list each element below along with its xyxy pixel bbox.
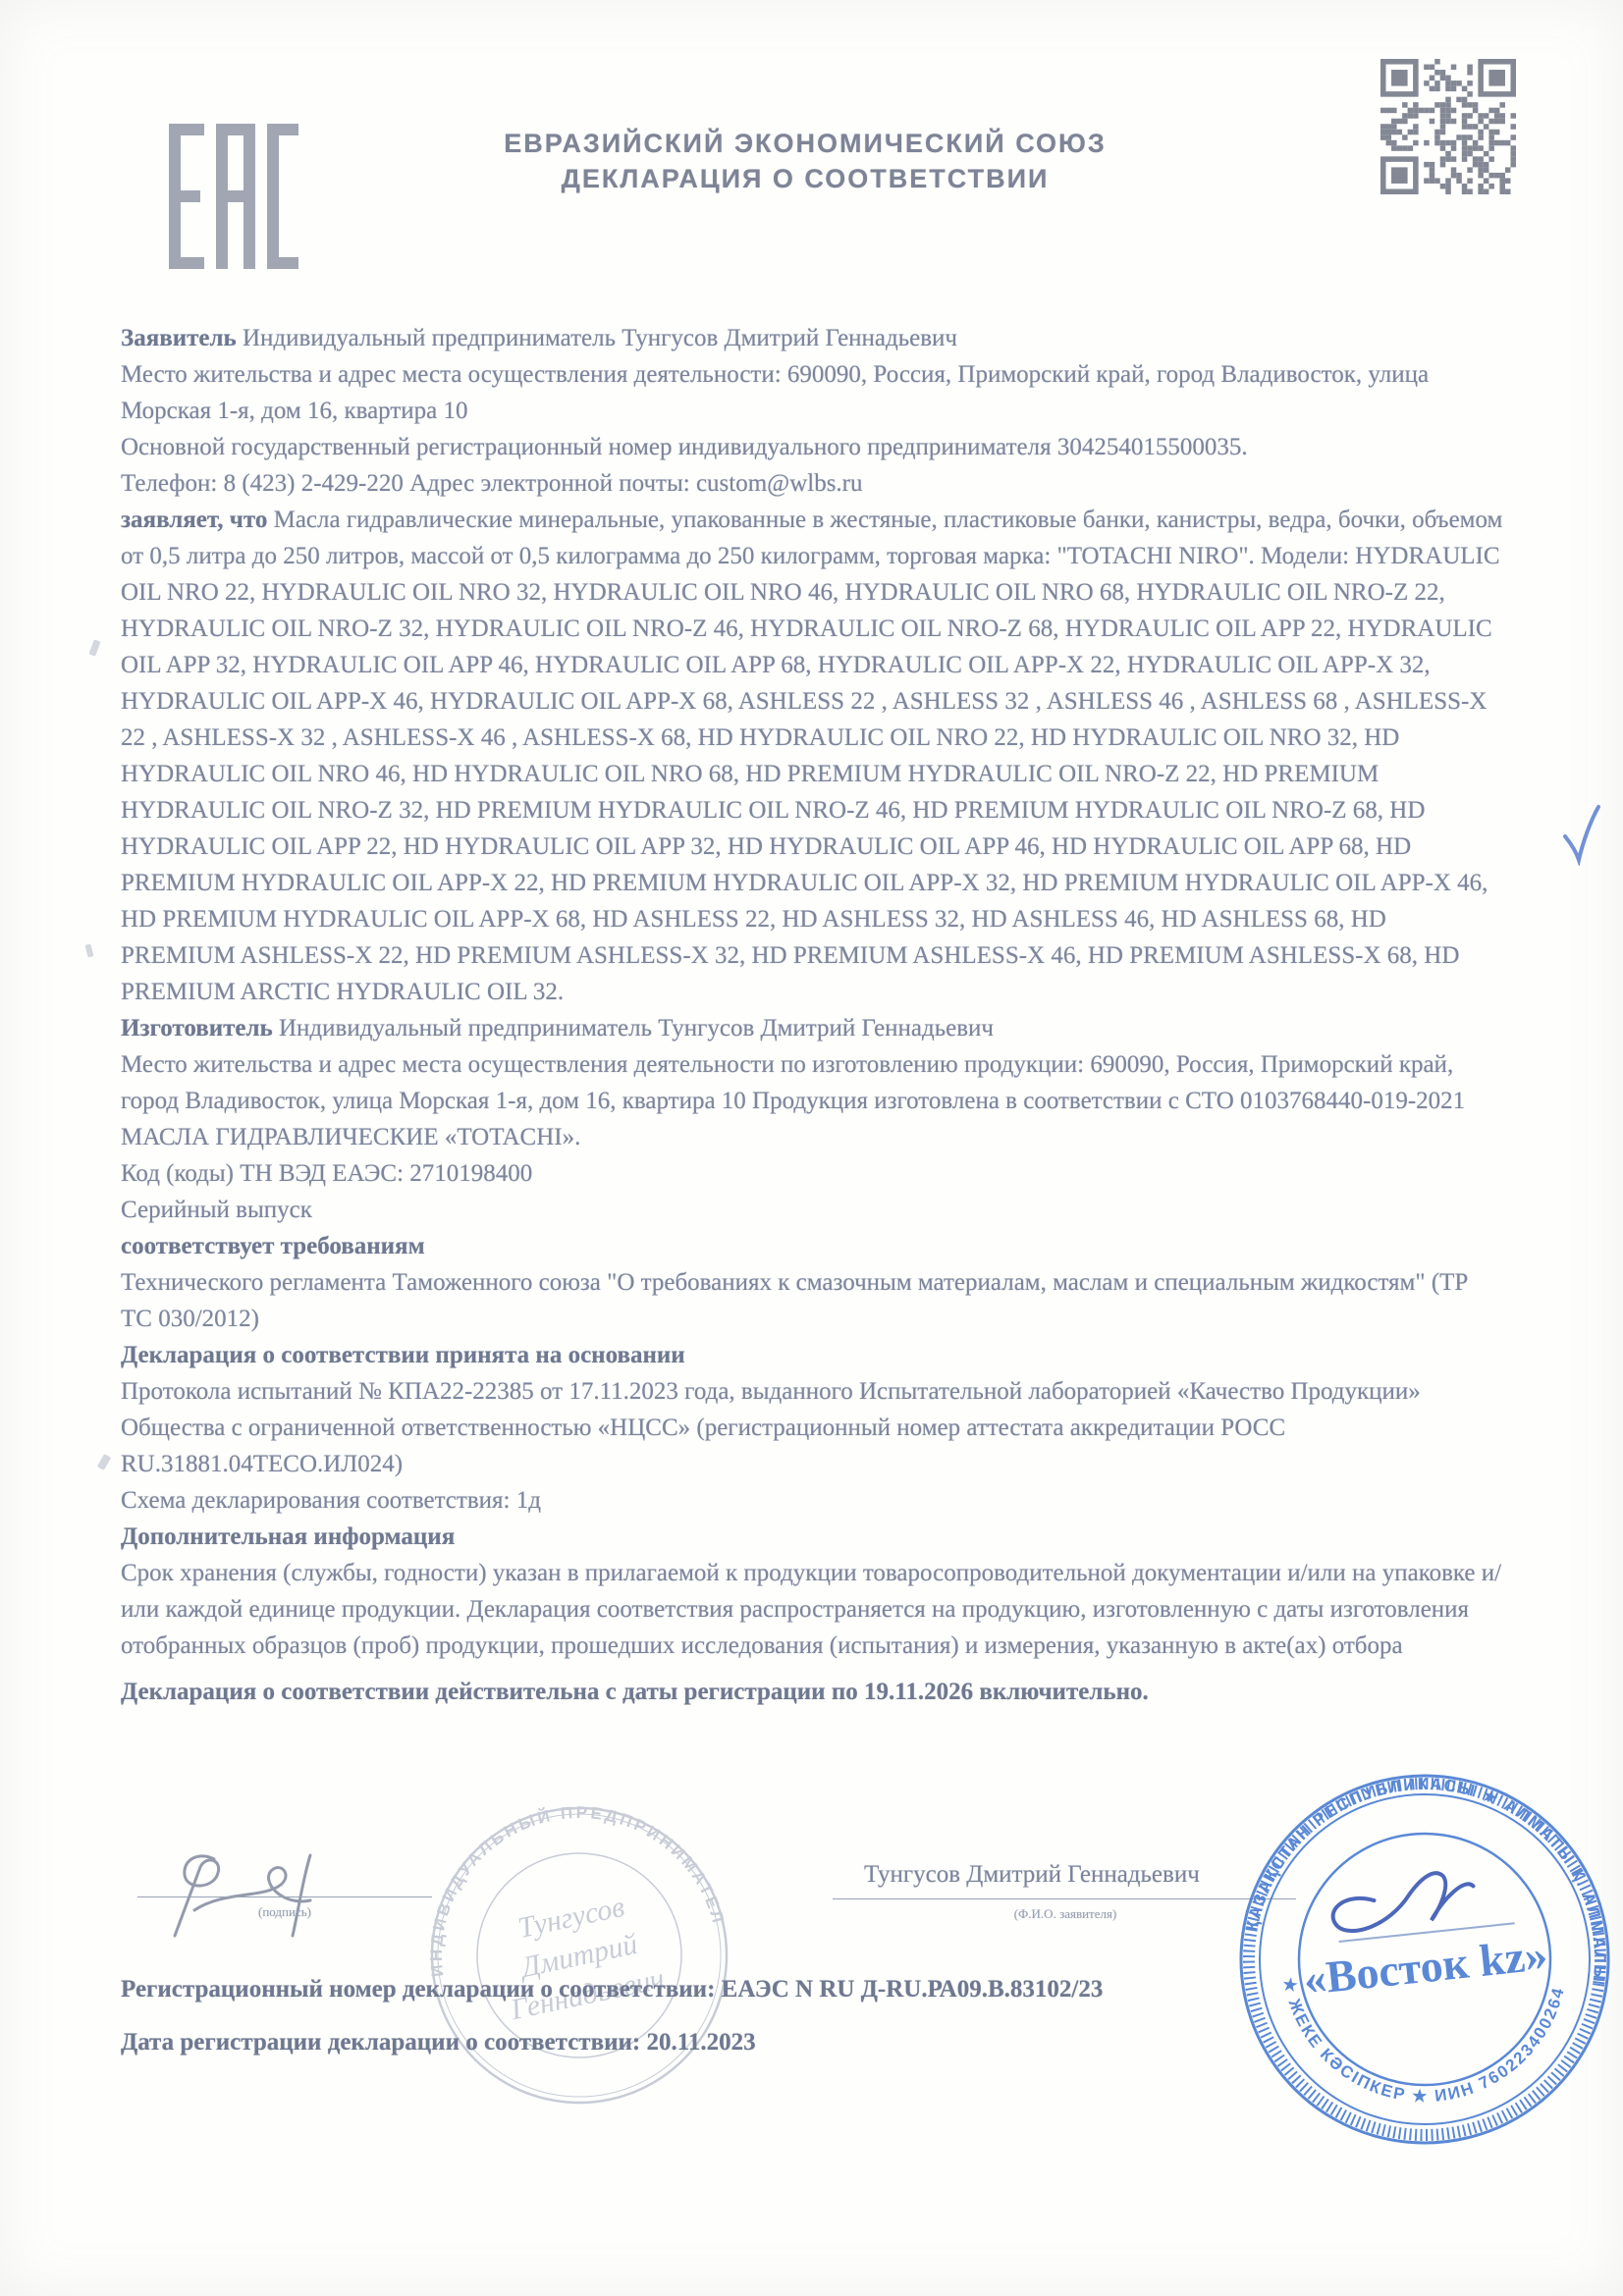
paragraph: Схема декларирования соответствия: 1д xyxy=(121,1482,1503,1519)
declaration-title: ДЕКЛАРАЦИЯ О СООТВЕТСТВИИ xyxy=(353,161,1257,196)
eac-mark-logo xyxy=(169,124,298,269)
qr-code-icon xyxy=(1380,59,1516,194)
paragraph: Изготовитель Индивидуальный предпринимат… xyxy=(121,1010,1503,1046)
blue-round-stamp: ҚАЗАҚСТАН РЕСПУБЛИКАСЫ ★ АЛМАТЫ Қ. АЛМАЛ… xyxy=(1233,1768,1616,2151)
fio-caption: (Ф.И.О. заявителя) xyxy=(884,1906,1247,1922)
signature-caption: (подпись) xyxy=(157,1904,412,1920)
paragraph-lead: соответствует требованиям xyxy=(121,1233,425,1259)
paragraph: Декларация о соответствии принята на осн… xyxy=(121,1337,1503,1373)
declaration-document: ЕВРАЗИЙСКИЙ ЭКОНОМИЧЕСКИЙ СОЮЗ ДЕКЛАРАЦИ… xyxy=(0,0,1623,2296)
paragraph: Дополнительная информация xyxy=(121,1519,1503,1555)
paragraph: Заявитель Индивидуальный предприниматель… xyxy=(121,320,1503,356)
paragraph: Место жительства и адрес места осуществл… xyxy=(121,356,1503,429)
registration-number-value: ЕАЭС N RU Д-RU.РА09.В.83102/23 xyxy=(715,1976,1103,2002)
grey-round-stamp: ИНДИВИДУАЛЬНЫЙ ПРЕДПРИНИМАТЕЛЬ Тунгусов … xyxy=(412,1789,746,2122)
margin-check-mark xyxy=(1559,803,1600,866)
registration-date-line: Дата регистрации декларации о соответств… xyxy=(121,2029,1515,2056)
paragraph: Код (коды) ТН ВЭД ЕАЭС: 2710198400 xyxy=(121,1155,1503,1192)
scan-speck xyxy=(97,1454,111,1470)
paragraph: соответствует требованиям xyxy=(121,1228,1503,1264)
paragraph: Серийный выпуск xyxy=(121,1192,1503,1228)
paragraph: Основной государственный регистрационный… xyxy=(121,429,1503,465)
paragraph-lead: Декларация о соответствии принята на осн… xyxy=(121,1342,685,1368)
paragraph: Телефон: 8 (423) 2-429-220 Адрес электро… xyxy=(121,465,1503,502)
paragraph: Технического регламента Таможенного союз… xyxy=(121,1264,1503,1337)
paragraph: Протокола испытаний № КПА22-22385 от 17.… xyxy=(121,1373,1503,1482)
registration-number-label: Регистрационный номер декларации о соотв… xyxy=(121,1976,715,2002)
paragraph-lead: Дополнительная информация xyxy=(121,1523,455,1550)
handwritten-signature xyxy=(155,1842,430,1949)
registration-date-label: Дата регистрации декларации о соответств… xyxy=(121,2029,640,2056)
paragraph-lead: заявляет, что xyxy=(121,507,267,533)
paragraph-lead: Изготовитель xyxy=(121,1015,273,1041)
scan-speck xyxy=(85,943,94,957)
paragraph: заявляет, что Масла гидравлические минер… xyxy=(121,502,1503,1010)
paragraph: Срок хранения (службы, годности) указан … xyxy=(121,1555,1503,1664)
registration-date-value: 20.11.2023 xyxy=(640,2029,755,2056)
scan-speck xyxy=(88,639,100,656)
name-line xyxy=(833,1898,1296,1899)
document-body: Заявитель Индивидуальный предприниматель… xyxy=(121,320,1503,1710)
paragraph: Место жительства и адрес места осуществл… xyxy=(121,1046,1503,1155)
union-name: ЕВРАЗИЙСКИЙ ЭКОНОМИЧЕСКИЙ СОЮЗ xyxy=(353,126,1257,161)
blue-stamp-signature xyxy=(1329,1869,1477,1933)
validity-statement: Декларация о соответствии действительна … xyxy=(121,1674,1503,1710)
signature-line xyxy=(137,1896,432,1897)
document-title: ЕВРАЗИЙСКИЙ ЭКОНОМИЧЕСКИЙ СОЮЗ ДЕКЛАРАЦИ… xyxy=(353,126,1257,196)
registration-number-line: Регистрационный номер декларации о соотв… xyxy=(121,1976,1515,2003)
paragraph-lead: Заявитель xyxy=(121,325,237,351)
